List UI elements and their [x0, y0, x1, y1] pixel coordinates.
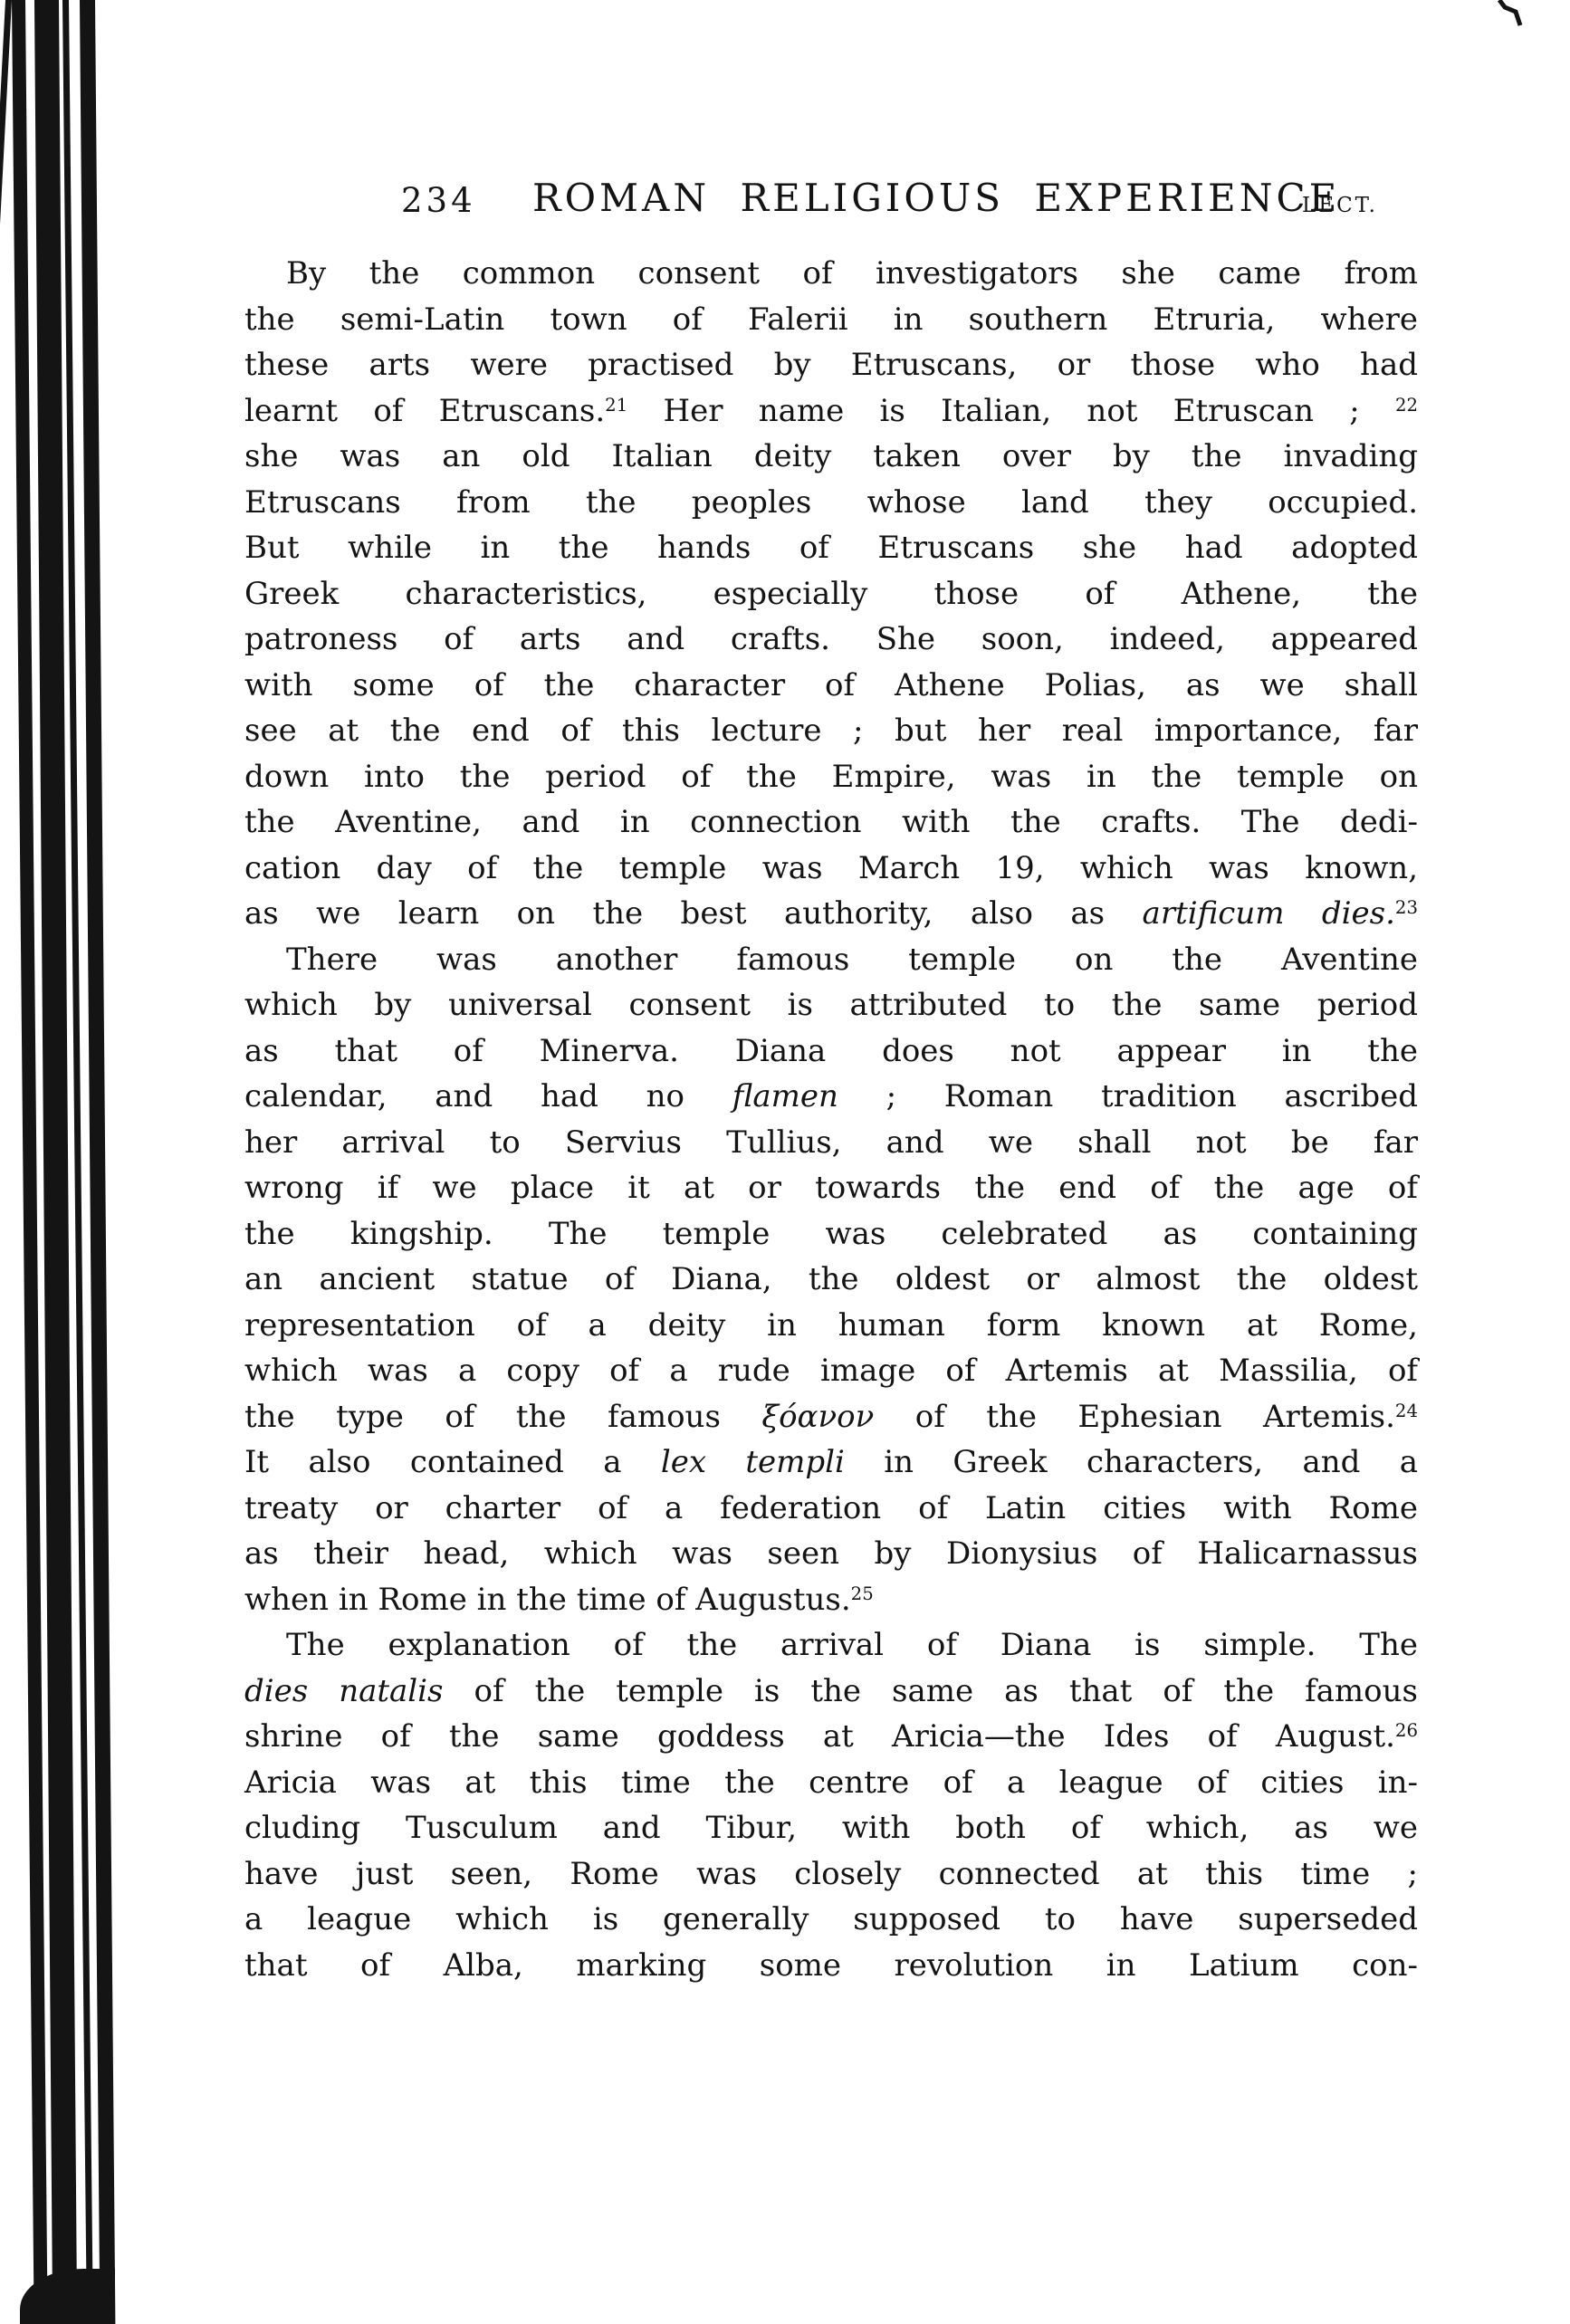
text-line: as we learn on the best authority, also …: [244, 891, 1418, 937]
text-line: that of Alba, marking some revolution in…: [244, 1943, 1418, 1989]
text-line: wrong if we place it at or towards the e…: [244, 1165, 1418, 1211]
text-line: the semi-Latin town of Falerii in southe…: [244, 297, 1418, 343]
text-line: she was an old Italian deity taken over …: [244, 434, 1418, 480]
text-line: dies natalis of the temple is the same a…: [244, 1669, 1418, 1715]
text-line: which was a copy of a rude image of Arte…: [244, 1348, 1418, 1394]
text-line: shrine of the same goddess at Aricia—the…: [244, 1714, 1418, 1760]
lecture-label: LECT.: [1302, 194, 1378, 217]
scan-gutter-artifact: [0, 0, 127, 2324]
text-line: treaty or charter of a federation of Lat…: [244, 1486, 1418, 1532]
text-line: By the common consent of investigators s…: [244, 251, 1418, 297]
text-line: But while in the hands of Etruscans she …: [244, 525, 1418, 571]
text-line: patroness of arts and crafts. She soon, …: [244, 617, 1418, 663]
paragraph: There was another famous temple on the A…: [244, 937, 1418, 1623]
text-line: cluding Tusculum and Tibur, with both of…: [244, 1805, 1418, 1851]
text-line: the Aventine, and in connection with the…: [244, 799, 1418, 846]
text-line: the kingship. The temple was celebrated …: [244, 1211, 1418, 1258]
text-line: representation of a deity in human form …: [244, 1303, 1418, 1349]
text-line: It also contained a lex templi in Greek …: [244, 1439, 1418, 1486]
text-line: The explanation of the arrival of Diana …: [244, 1622, 1418, 1669]
text-line: have just seen, Rome was closely connect…: [244, 1851, 1418, 1898]
text-line: as that of Minerva. Diana does not appea…: [244, 1028, 1418, 1075]
book-page: 234 ROMAN RELIGIOUS EXPERIENCE LECT. By …: [0, 0, 1570, 2324]
text-line: Etruscans from the peoples whose land th…: [244, 480, 1418, 526]
text-line: learnt of Etruscans.21 Her name is Itali…: [244, 388, 1418, 435]
text-line: these arts were practised by Etruscans, …: [244, 342, 1418, 388]
text-line: a league which is generally supposed to …: [244, 1897, 1418, 1943]
text-line: with some of the character of Athene Pol…: [244, 663, 1418, 709]
text-line: down into the period of the Empire, was …: [244, 754, 1418, 800]
text-line: which by universal consent is attributed…: [244, 982, 1418, 1028]
pen-scratch-mark: [1492, 0, 1532, 31]
gutter-streak: [0, 0, 12, 326]
text-line: There was another famous temple on the A…: [244, 937, 1418, 983]
text-line: Greek characteristics, especially those …: [244, 571, 1418, 617]
text-line: when in Rome in the time of Augustus.25: [244, 1577, 1418, 1623]
text-line: her arrival to Servius Tullius, and we s…: [244, 1120, 1418, 1166]
text-line: the type of the famous ξόανον of the Eph…: [244, 1394, 1418, 1440]
text-line: Aricia was at this time the centre of a …: [244, 1760, 1418, 1806]
page-number: 234: [401, 181, 476, 220]
text-line: as their head, which was seen by Dionysi…: [244, 1531, 1418, 1577]
text-line: see at the end of this lecture ; but her…: [244, 708, 1418, 754]
text-line: an ancient statue of Diana, the oldest o…: [244, 1257, 1418, 1303]
paragraph: The explanation of the arrival of Diana …: [244, 1622, 1418, 1988]
text-line: calendar, and had no flamen ; Roman trad…: [244, 1074, 1418, 1120]
running-title: ROMAN RELIGIOUS EXPERIENCE: [532, 176, 1340, 220]
paragraph: By the common consent of investigators s…: [244, 251, 1418, 937]
text-line: cation day of the temple was March 19, w…: [244, 846, 1418, 892]
text-block: By the common consent of investigators s…: [244, 251, 1418, 1988]
